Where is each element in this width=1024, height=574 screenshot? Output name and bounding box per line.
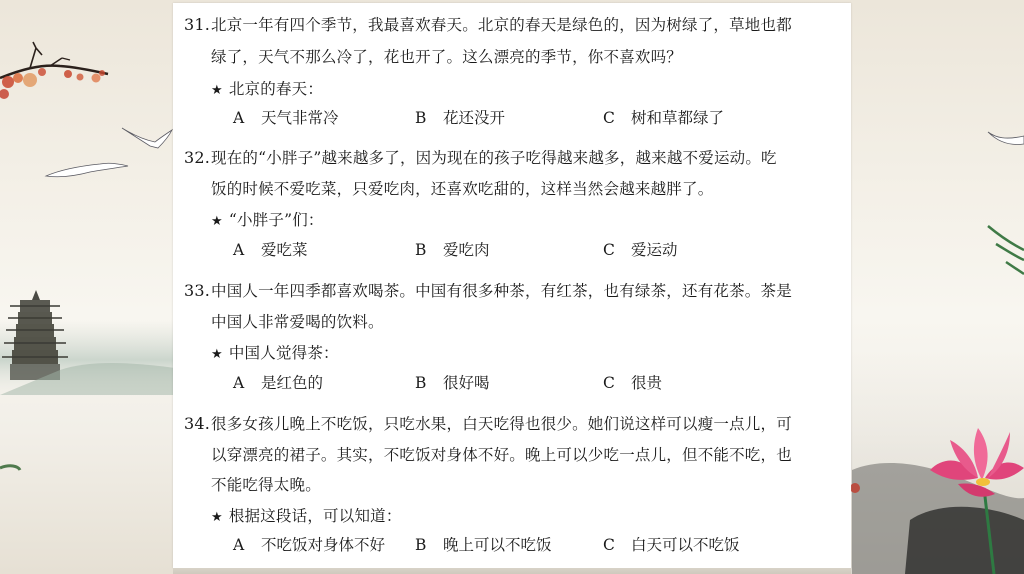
- option-c[interactable]: C很贵: [603, 373, 662, 393]
- passage-line: 现在的“小胖子”越来越多了，因为现在的孩子吃得越来越多，越来越不爱运动。吃: [211, 148, 777, 168]
- passage-line: 不能吃得太晚。: [211, 475, 321, 495]
- star-icon: ★: [211, 510, 223, 525]
- question-prompt: ★“小胖子”们：: [211, 210, 324, 232]
- option-c[interactable]: C树和草都绿了: [603, 108, 724, 128]
- option-c[interactable]: C爱运动: [603, 240, 678, 260]
- reading-exercise-card: 31. 北京一年有四个季节，我最喜欢春天。北京的春天是绿色的，因为树绿了，草地也…: [173, 3, 851, 568]
- question-number: 33.: [184, 281, 210, 301]
- question-number: 31.: [184, 15, 210, 35]
- option-b[interactable]: B花还没开: [415, 108, 505, 128]
- option-a[interactable]: A是红色的: [233, 373, 323, 393]
- question-number: 32.: [184, 148, 210, 168]
- crane-icon: [46, 128, 172, 177]
- option-c[interactable]: C白天可以不吃饭: [603, 535, 740, 555]
- card-shadow-bar: [173, 568, 851, 574]
- passage-line: 以穿漂亮的裙子。其实，不吃饭对身体不好。晚上可以少吃一点儿，但不能不吃，也: [211, 445, 792, 465]
- star-icon: ★: [211, 347, 223, 362]
- passage-line: 中国人一年四季都喜欢喝茶。中国有很多种茶，有红茶，也有绿茶，还有花茶。茶是: [211, 281, 792, 301]
- passage-line: 北京一年有四个季节，我最喜欢春天。北京的春天是绿色的，因为树绿了，草地也都: [211, 15, 792, 35]
- passage-line: 饭的时候不爱吃菜，只爱吃肉，还喜欢吃甜的，这样当然会越来越胖了。: [211, 179, 713, 199]
- crane-icon: [988, 132, 1024, 145]
- option-a[interactable]: A爱吃菜: [233, 240, 308, 260]
- question-prompt: ★根据这段话，可以知道：: [211, 506, 402, 528]
- option-b[interactable]: B爱吃肉: [415, 240, 490, 260]
- pagoda-icon: [0, 290, 175, 400]
- grass-blades-icon: [988, 226, 1024, 274]
- question-number: 34.: [184, 414, 210, 434]
- option-b[interactable]: B晚上可以不吃饭: [415, 535, 552, 555]
- question-prompt: ★北京的春天：: [211, 79, 323, 101]
- star-icon: ★: [211, 83, 223, 98]
- passage-line: 中国人非常爱喝的饮料。: [211, 312, 384, 332]
- option-a[interactable]: A不吃饭对身体不好: [233, 535, 385, 555]
- lotus-flower-icon: [930, 428, 1024, 574]
- lotus-leaf-icon: [850, 463, 1024, 574]
- leaf-icon: [0, 466, 20, 470]
- option-b[interactable]: B很好喝: [415, 373, 490, 393]
- passage-line: 很多女孩儿晚上不吃饭，只吃水果，白天吃得也很少。她们说这样可以瘦一点儿，可: [211, 414, 792, 434]
- plum-blossom-branch-icon: [0, 42, 108, 99]
- option-a[interactable]: A天气非常冷: [233, 108, 339, 128]
- question-prompt: ★中国人觉得茶：: [211, 343, 339, 365]
- passage-line: 绿了，天气不那么冷了，花也开了。这么漂亮的季节，你不喜欢吗？: [211, 47, 682, 67]
- star-icon: ★: [211, 214, 223, 229]
